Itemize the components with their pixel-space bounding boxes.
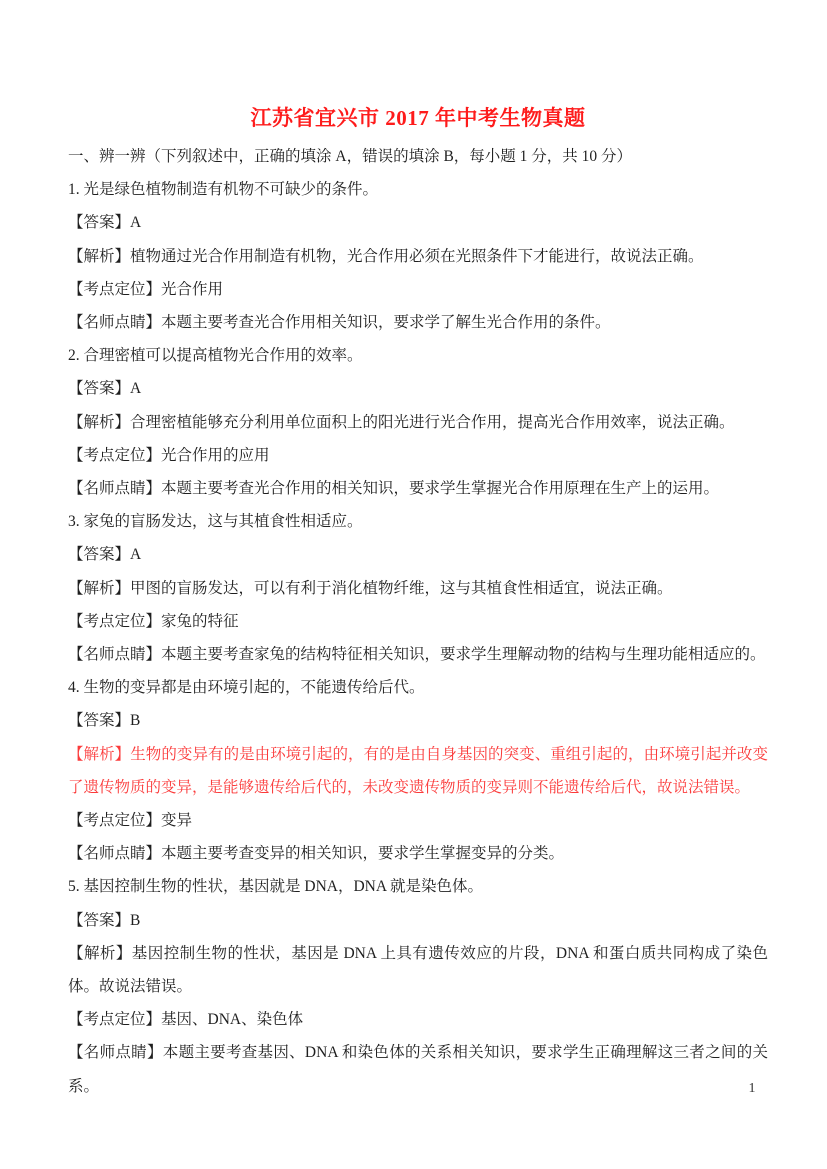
- tip-line: 【名师点睛】本题主要考查变异的相关知识，要求学生掌握变异的分类。: [68, 837, 768, 870]
- answer-value: A: [130, 380, 141, 397]
- page-title: 江苏省宜兴市 2017 年中考生物真题: [68, 104, 768, 132]
- answer-value: A: [130, 214, 141, 231]
- tip-text: 本题主要考查家兔的结构特征相关知识，要求学生理解动物的结构与生理功能相适应的。: [161, 646, 766, 663]
- tip-label: 【名师点睛】: [68, 646, 161, 663]
- analysis-text: 基因控制生物的性状，基因是 DNA 上具有遗传效应的片段，DNA 和蛋白质共同构…: [68, 945, 768, 995]
- point-text: 光合作用的应用: [161, 447, 270, 464]
- answer-label: 【答案】: [68, 912, 130, 929]
- question-stem: 5. 基因控制生物的性状，基因就是 DNA，DNA 就是染色体。: [68, 870, 768, 903]
- analysis-label: 【解析】: [68, 746, 130, 763]
- question-block-4: 4. 生物的变异都是由环境引起的，不能遗传给后代。 【答案】B 【解析】生物的变…: [68, 671, 768, 870]
- answer-label: 【答案】: [68, 546, 130, 563]
- analysis-label: 【解析】: [68, 248, 130, 265]
- point-line: 【考点定位】光合作用的应用: [68, 439, 768, 472]
- point-label: 【考点定位】: [68, 281, 161, 298]
- question-stem: 1. 光是绿色植物制造有机物不可缺少的条件。: [68, 173, 768, 206]
- analysis-text: 合理密植能够充分利用单位面积上的阳光进行光合作用，提高光合作用效率，说法正确。: [130, 414, 735, 431]
- question-block-2: 2. 合理密植可以提高植物光合作用的效率。 【答案】A 【解析】合理密植能够充分…: [68, 339, 768, 505]
- tip-line: 【名师点睛】本题主要考查光合作用的相关知识，要求学生掌握光合作用原理在生产上的运…: [68, 472, 768, 505]
- question-stem: 3. 家兔的盲肠发达，这与其植食性相适应。: [68, 505, 768, 538]
- question-block-5: 5. 基因控制生物的性状，基因就是 DNA，DNA 就是染色体。 【答案】B 【…: [68, 870, 768, 1102]
- tip-label: 【名师点睛】: [68, 1044, 163, 1061]
- point-label: 【考点定位】: [68, 447, 161, 464]
- analysis-line: 【解析】基因控制生物的性状，基因是 DNA 上具有遗传效应的片段，DNA 和蛋白…: [68, 937, 768, 1003]
- point-label: 【考点定位】: [68, 1011, 161, 1028]
- analysis-label: 【解析】: [68, 945, 132, 962]
- answer-line: 【答案】A: [68, 372, 768, 405]
- answer-label: 【答案】: [68, 214, 130, 231]
- answer-line: 【答案】B: [68, 704, 768, 737]
- answer-label: 【答案】: [68, 380, 130, 397]
- analysis-label: 【解析】: [68, 414, 130, 431]
- tip-label: 【名师点睛】: [68, 314, 161, 331]
- analysis-line: 【解析】植物通过光合作用制造有机物，光合作用必须在光照条件下才能进行，故说法正确…: [68, 240, 768, 273]
- tip-line: 【名师点睛】本题主要考查光合作用相关知识，要求学了解生光合作用的条件。: [68, 306, 768, 339]
- answer-value: A: [130, 546, 141, 563]
- analysis-text: 生物的变异有的是由环境引起的，有的是由自身基因的突变、重组引起的，由环境引起并改…: [68, 746, 768, 796]
- question-block-3: 3. 家兔的盲肠发达，这与其植食性相适应。 【答案】A 【解析】甲图的盲肠发达，…: [68, 505, 768, 671]
- tip-text: 本题主要考查光合作用相关知识，要求学了解生光合作用的条件。: [161, 314, 611, 331]
- point-line: 【考点定位】光合作用: [68, 273, 768, 306]
- analysis-line-highlighted: 【解析】生物的变异有的是由环境引起的，有的是由自身基因的突变、重组引起的，由环境…: [68, 738, 768, 804]
- point-line: 【考点定位】基因、DNA、染色体: [68, 1003, 768, 1036]
- document-page: 江苏省宜兴市 2017 年中考生物真题 一、辨一辨（下列叙述中，正确的填涂 A，…: [0, 0, 827, 1169]
- question-stem: 2. 合理密植可以提高植物光合作用的效率。: [68, 339, 768, 372]
- answer-value: B: [130, 712, 140, 729]
- answer-line: 【答案】B: [68, 904, 768, 937]
- answer-value: B: [130, 912, 140, 929]
- answer-line: 【答案】A: [68, 538, 768, 571]
- section-header: 一、辨一辨（下列叙述中，正确的填涂 A，错误的填涂 B，每小题 1 分，共 10…: [68, 140, 768, 173]
- tip-line: 【名师点睛】本题主要考查基因、DNA 和染色体的关系相关知识，要求学生正确理解这…: [68, 1036, 768, 1102]
- tip-line: 【名师点睛】本题主要考查家兔的结构特征相关知识，要求学生理解动物的结构与生理功能…: [68, 638, 768, 671]
- analysis-text: 甲图的盲肠发达，可以有利于消化植物纤维，这与其植食性相适宜，说法正确。: [130, 580, 673, 597]
- point-line: 【考点定位】家兔的特征: [68, 605, 768, 638]
- point-text: 家兔的特征: [161, 613, 239, 630]
- tip-label: 【名师点睛】: [68, 480, 161, 497]
- tip-text: 本题主要考查变异的相关知识，要求学生掌握变异的分类。: [161, 845, 564, 862]
- point-text: 光合作用: [161, 281, 223, 298]
- tip-label: 【名师点睛】: [68, 845, 161, 862]
- page-number: 1: [742, 1078, 762, 1100]
- analysis-label: 【解析】: [68, 580, 130, 597]
- tip-text: 本题主要考查基因、DNA 和染色体的关系相关知识，要求学生正确理解这三者之间的关…: [68, 1044, 768, 1094]
- tip-text: 本题主要考查光合作用的相关知识，要求学生掌握光合作用原理在生产上的运用。: [161, 480, 719, 497]
- analysis-line: 【解析】合理密植能够充分利用单位面积上的阳光进行光合作用，提高光合作用效率，说法…: [68, 406, 768, 439]
- point-text: 基因、DNA、染色体: [161, 1011, 303, 1028]
- question-block-1: 1. 光是绿色植物制造有机物不可缺少的条件。 【答案】A 【解析】植物通过光合作…: [68, 173, 768, 339]
- document-content: 江苏省宜兴市 2017 年中考生物真题 一、辨一辨（下列叙述中，正确的填涂 A，…: [68, 104, 768, 1103]
- point-line: 【考点定位】变异: [68, 804, 768, 837]
- question-stem: 4. 生物的变异都是由环境引起的，不能遗传给后代。: [68, 671, 768, 704]
- point-label: 【考点定位】: [68, 812, 161, 829]
- point-label: 【考点定位】: [68, 613, 161, 630]
- answer-label: 【答案】: [68, 712, 130, 729]
- analysis-line: 【解析】甲图的盲肠发达，可以有利于消化植物纤维，这与其植食性相适宜，说法正确。: [68, 572, 768, 605]
- answer-line: 【答案】A: [68, 206, 768, 239]
- analysis-text: 植物通过光合作用制造有机物，光合作用必须在光照条件下才能进行，故说法正确。: [130, 248, 704, 265]
- point-text: 变异: [161, 812, 192, 829]
